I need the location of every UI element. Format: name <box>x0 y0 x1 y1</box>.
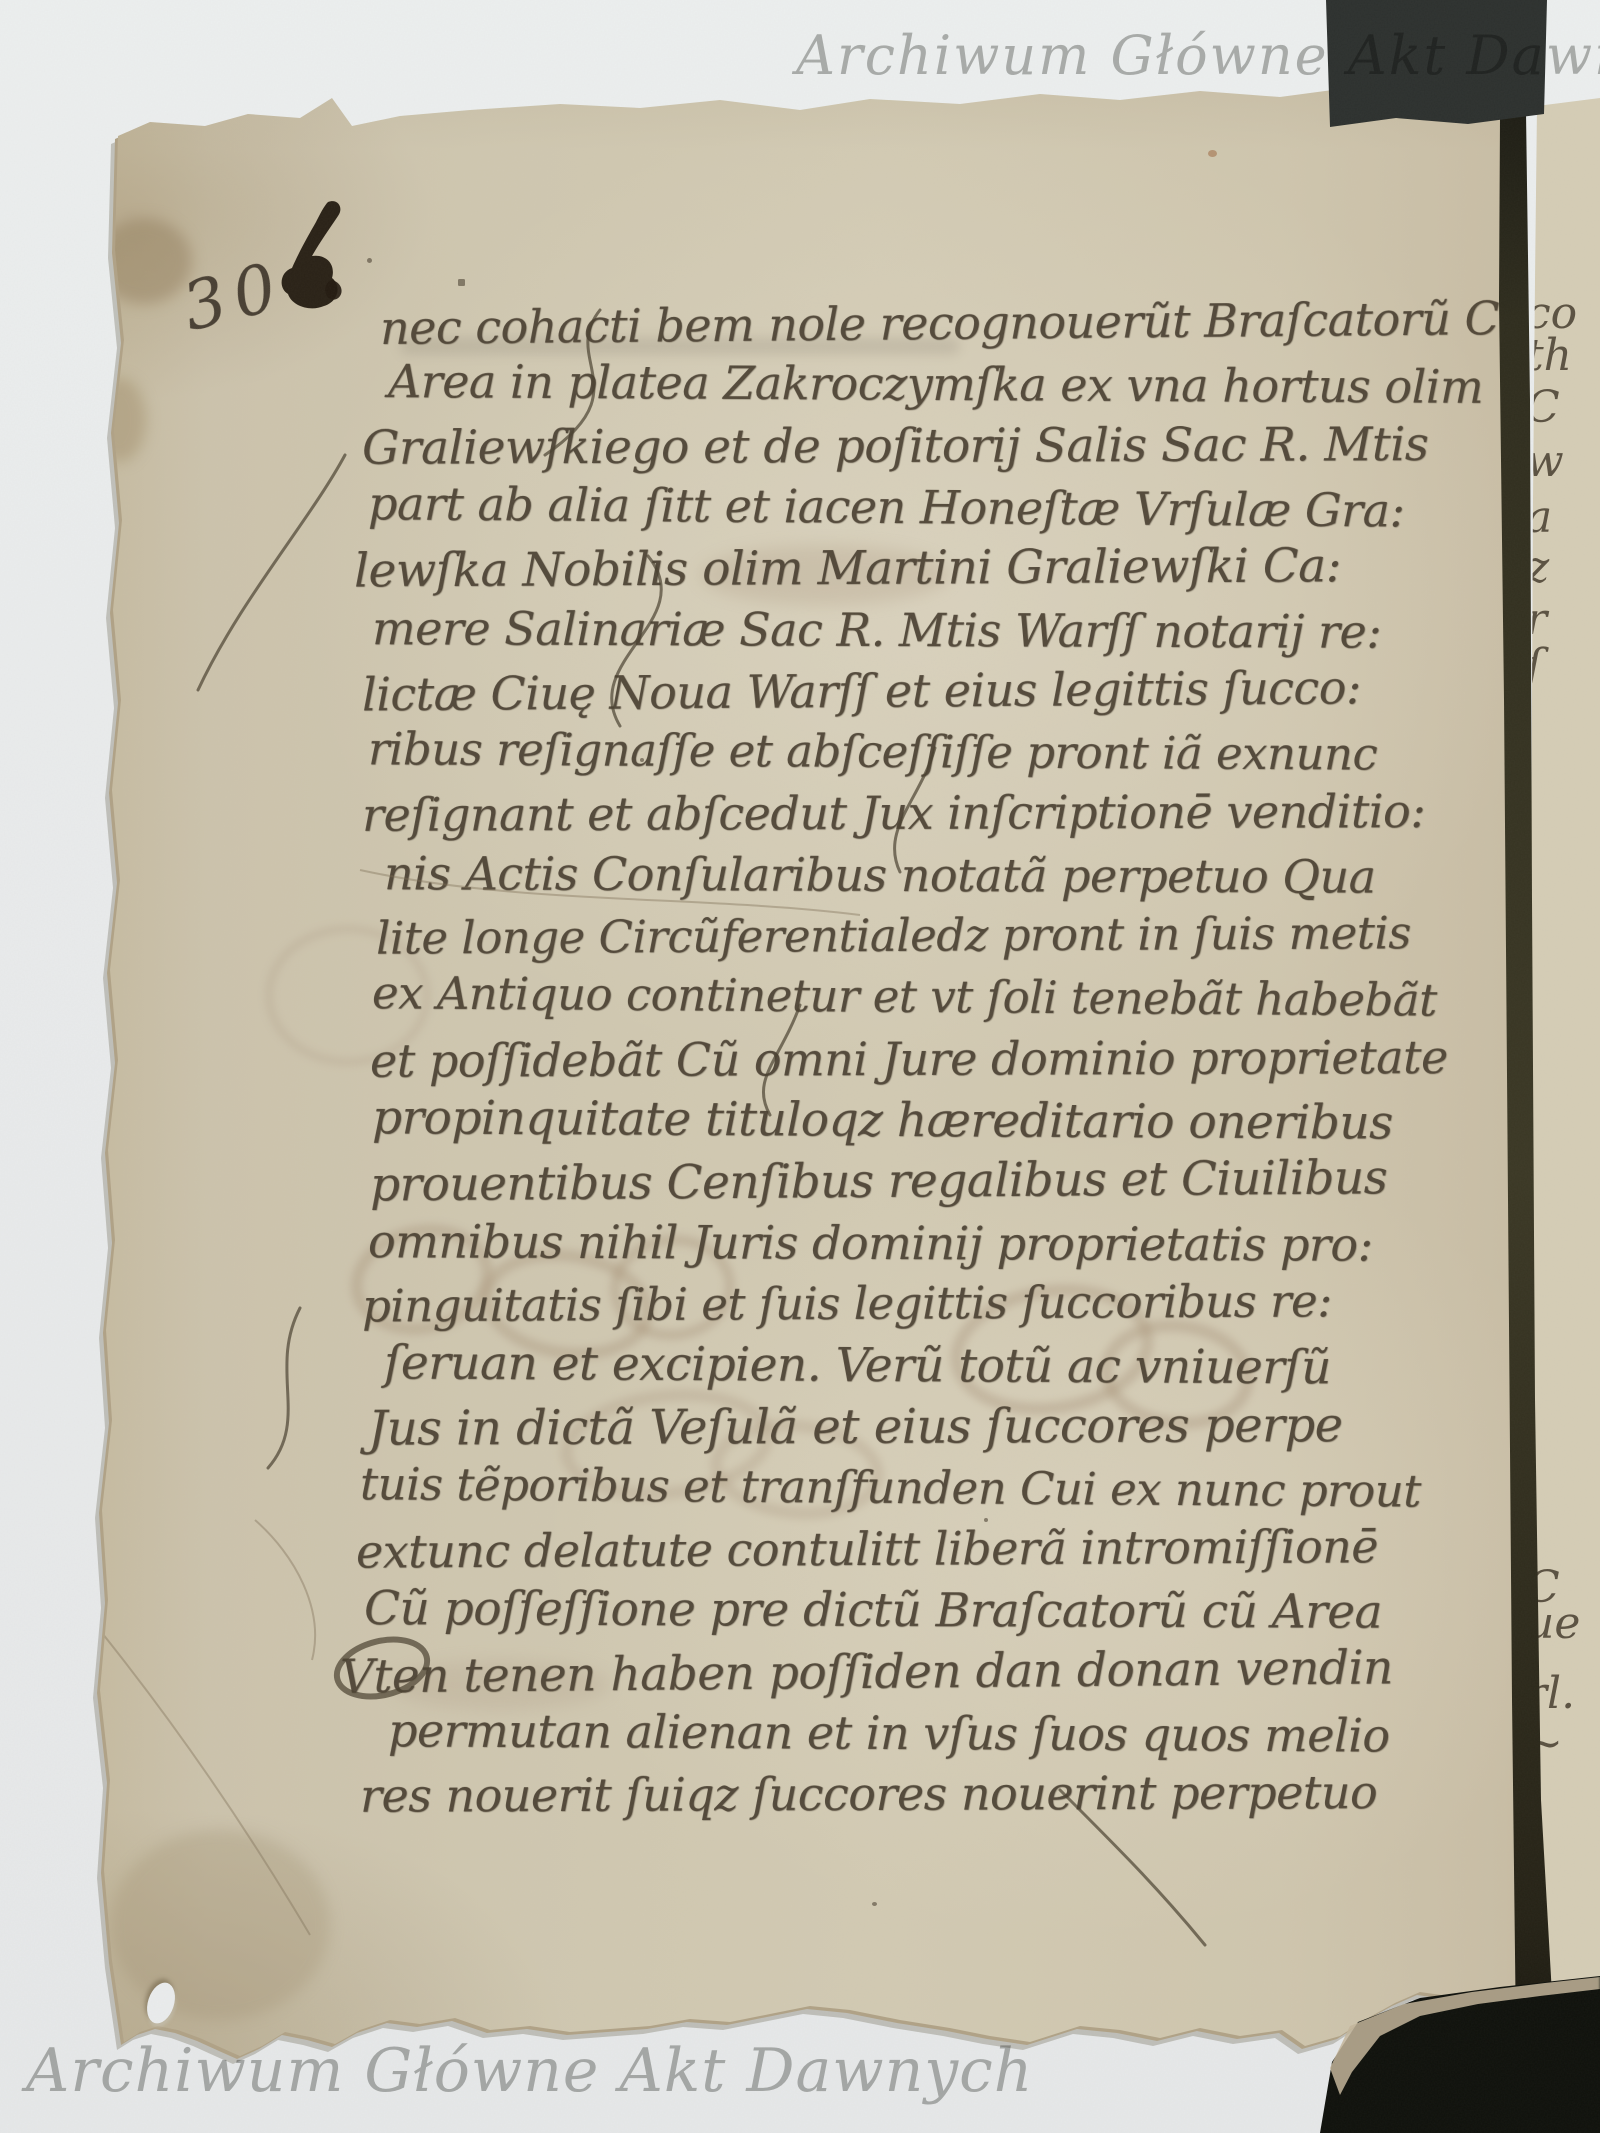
next-page-text-fragment: C <box>1526 382 1560 433</box>
manuscript-line-1: nec cohacti bem nole recognouerũt Braſca… <box>380 291 1529 355</box>
manuscript-line-7: lictæ Ciuę Noua Warſſ et eius legittis ſ… <box>362 661 1361 722</box>
manuscript-line-18: ſeruan et excipien. Verũ totũ ac vniuerſ… <box>384 1336 1331 1396</box>
ink-speck <box>872 1902 877 1906</box>
manuscript-line-16: omnibus nihil Juris dominij proprietatis… <box>368 1214 1373 1272</box>
manuscript-line-23: Vten tenen haben poſſiden dan donan vend… <box>340 1640 1393 1704</box>
ink-speck <box>367 258 372 263</box>
archival-scan: 30 nec cohacti bem nole recognouerũt Bra… <box>0 0 1600 2133</box>
manuscript-line-3: Graliewſkiego et de poſitorij Salis Sac … <box>362 417 1429 476</box>
manuscript-line-12: ex Antiquo continetur et vt ſoli tenebãt… <box>372 966 1437 1026</box>
manuscript-line-22: Cũ poſſeſſione pre dictũ Braſcatorũ cũ A… <box>364 1581 1382 1640</box>
manuscript-line-5: lewſka Nobilis olim Martini Graliewſki C… <box>354 538 1341 598</box>
manuscript-line-9: reſignant et abſcedut Jux inſcriptionē v… <box>362 784 1425 842</box>
archive-watermark-top: Archiwum Główne Akt Dawnych <box>796 24 1600 87</box>
manuscript-line-6: mere Salinariæ Sac R. Mtis Warſſ notarij… <box>372 601 1381 659</box>
manuscript-line-4: part ab alia ſitt et iacen Honeſtæ Vrſul… <box>368 476 1405 537</box>
manuscript-line-14: propinquitate tituloqz hæreditario oneri… <box>372 1090 1393 1150</box>
manuscript-line-10: nis Actis Conſularibus notatã perpetuo Q… <box>384 846 1376 903</box>
manuscript-page: 30 nec cohacti bem nole recognouerũt Bra… <box>0 0 1600 2133</box>
manuscript-line-19: Jus in dictã Veſulã et eius ſuccores per… <box>368 1397 1343 1456</box>
manuscript-line-20: tuis tẽporibus et tranſfunden Cui ex nun… <box>360 1457 1421 1517</box>
rust-fleck <box>1208 150 1217 157</box>
manuscript-line-8: ribus reſignaſſe et abſceſſiſſe pront iã… <box>368 722 1377 780</box>
manuscript-line-11: lite longe Circũferentialedz pront in ſu… <box>376 906 1411 964</box>
ink-speck <box>458 279 465 286</box>
manuscript-line-17: pinguitatis ſibi et ſuis legittis ſuccor… <box>362 1274 1332 1332</box>
manuscript-line-13: et poſſidebãt Cũ omni Jure dominio propr… <box>370 1030 1448 1088</box>
manuscript-line-24: permutan alienan et in vſus ſuos quos me… <box>388 1703 1390 1762</box>
ink-blot <box>266 198 350 320</box>
manuscript-line-15: prouentibus Cenſibus regalibus et Ciuili… <box>370 1150 1388 1212</box>
next-page-text-fragment: w <box>1526 436 1564 487</box>
bottom-stain <box>110 1830 330 2020</box>
manuscript-line-2: Area in platea Zakroczymſka ex vna hortu… <box>388 354 1483 414</box>
next-page-text-fragment: th <box>1526 330 1572 381</box>
manuscript-line-25: res nouerit ſuiqz ſuccores nouerint perp… <box>360 1765 1377 1823</box>
edge-stain <box>94 378 146 462</box>
archive-watermark-bottom: Archiwum Główne Akt Dawnych <box>26 2036 1033 2106</box>
manuscript-line-21: extunc delatute contulitt liberã intromi… <box>356 1519 1378 1578</box>
